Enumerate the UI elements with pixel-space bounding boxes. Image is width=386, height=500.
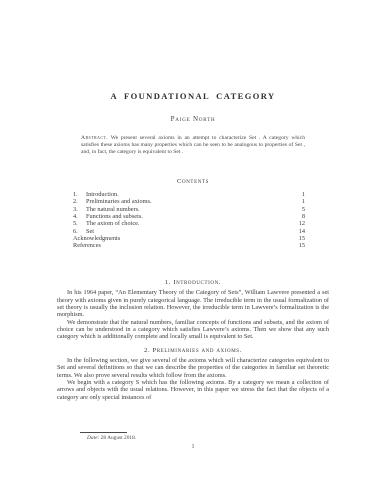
toc-entry-label: The natural numbers.: [86, 206, 302, 213]
author-name: Paige North: [57, 115, 329, 123]
section-1-paragraph-2: We demonstrate that the natural numbers,…: [57, 319, 329, 341]
abstract-text: We present several axioms in an attempt …: [81, 135, 305, 155]
section-1-paragraph-1: In his 1964 paper, “An Elementary Theory…: [57, 289, 329, 318]
toc-entry-label: Introduction.: [86, 191, 302, 198]
toc-entry: 4. Functions and subsets. 8: [73, 213, 305, 220]
section-2-paragraph-1: In the following section, we give severa…: [57, 357, 329, 379]
toc-entry-label: Preliminaries and axioms.: [86, 198, 302, 205]
toc-entry-page: 15: [299, 242, 305, 249]
toc-entry-number: 3.: [73, 206, 86, 213]
toc-entry-label: References: [73, 242, 299, 249]
toc-entry-label: Acknowledgments: [73, 235, 299, 242]
text-column: A FOUNDATIONAL CATEGORY Paige North Abst…: [57, 0, 329, 401]
page-number: 1: [0, 444, 386, 450]
section-2-paragraph-2: We begin with a category S which has the…: [57, 379, 329, 401]
toc-entry-page: 1: [302, 191, 305, 198]
toc-entry: Acknowledgments 15: [73, 235, 305, 242]
section-2-heading: 2. Preliminaries and axioms.: [57, 347, 329, 354]
toc-entry-label: Set: [86, 228, 299, 235]
footnote-date-text: 28 August 2018.: [101, 435, 137, 441]
toc-entry-number: 2.: [73, 198, 86, 205]
toc-entry: 1. Introduction. 1: [73, 191, 305, 198]
footnote-date-label: Date:: [87, 435, 99, 441]
toc-entry: 6. Set 14: [73, 228, 305, 235]
footnote-date: Date: 28 August 2018.: [87, 435, 136, 441]
toc-entry-page: 1: [302, 198, 305, 205]
toc-entry-page: 5: [302, 206, 305, 213]
toc-entry-page: 14: [299, 228, 305, 235]
toc-entry: 2. Preliminaries and axioms. 1: [73, 198, 305, 205]
toc-entry-page: 8: [302, 213, 305, 220]
abstract: Abstract. We present several axioms in a…: [57, 135, 329, 156]
toc-entry-number: 6.: [73, 228, 86, 235]
toc-entry-label: The axiom of choice.: [86, 220, 299, 227]
toc-entry-number: 1.: [73, 191, 86, 198]
toc-entry: References 15: [73, 242, 305, 249]
toc-entry-page: 12: [299, 220, 305, 227]
toc-entry-number: 4.: [73, 213, 86, 220]
toc-entry-page: 15: [299, 235, 305, 242]
section-1-heading: 1. Introduction.: [57, 279, 329, 286]
toc-entry-label: Functions and subsets.: [86, 213, 302, 220]
table-of-contents: 1. Introduction. 1 2. Preliminaries and …: [57, 191, 329, 250]
footnote-rule: [80, 432, 127, 433]
contents-heading: Contents: [57, 178, 329, 185]
toc-entry: 5. The axiom of choice. 12: [73, 220, 305, 227]
page-title: A FOUNDATIONAL CATEGORY: [57, 91, 329, 101]
abstract-label: Abstract.: [81, 135, 108, 141]
toc-entry-number: 5.: [73, 220, 86, 227]
toc-entry: 3. The natural numbers. 5: [73, 206, 305, 213]
paper-page: A FOUNDATIONAL CATEGORY Paige North Abst…: [0, 0, 386, 500]
